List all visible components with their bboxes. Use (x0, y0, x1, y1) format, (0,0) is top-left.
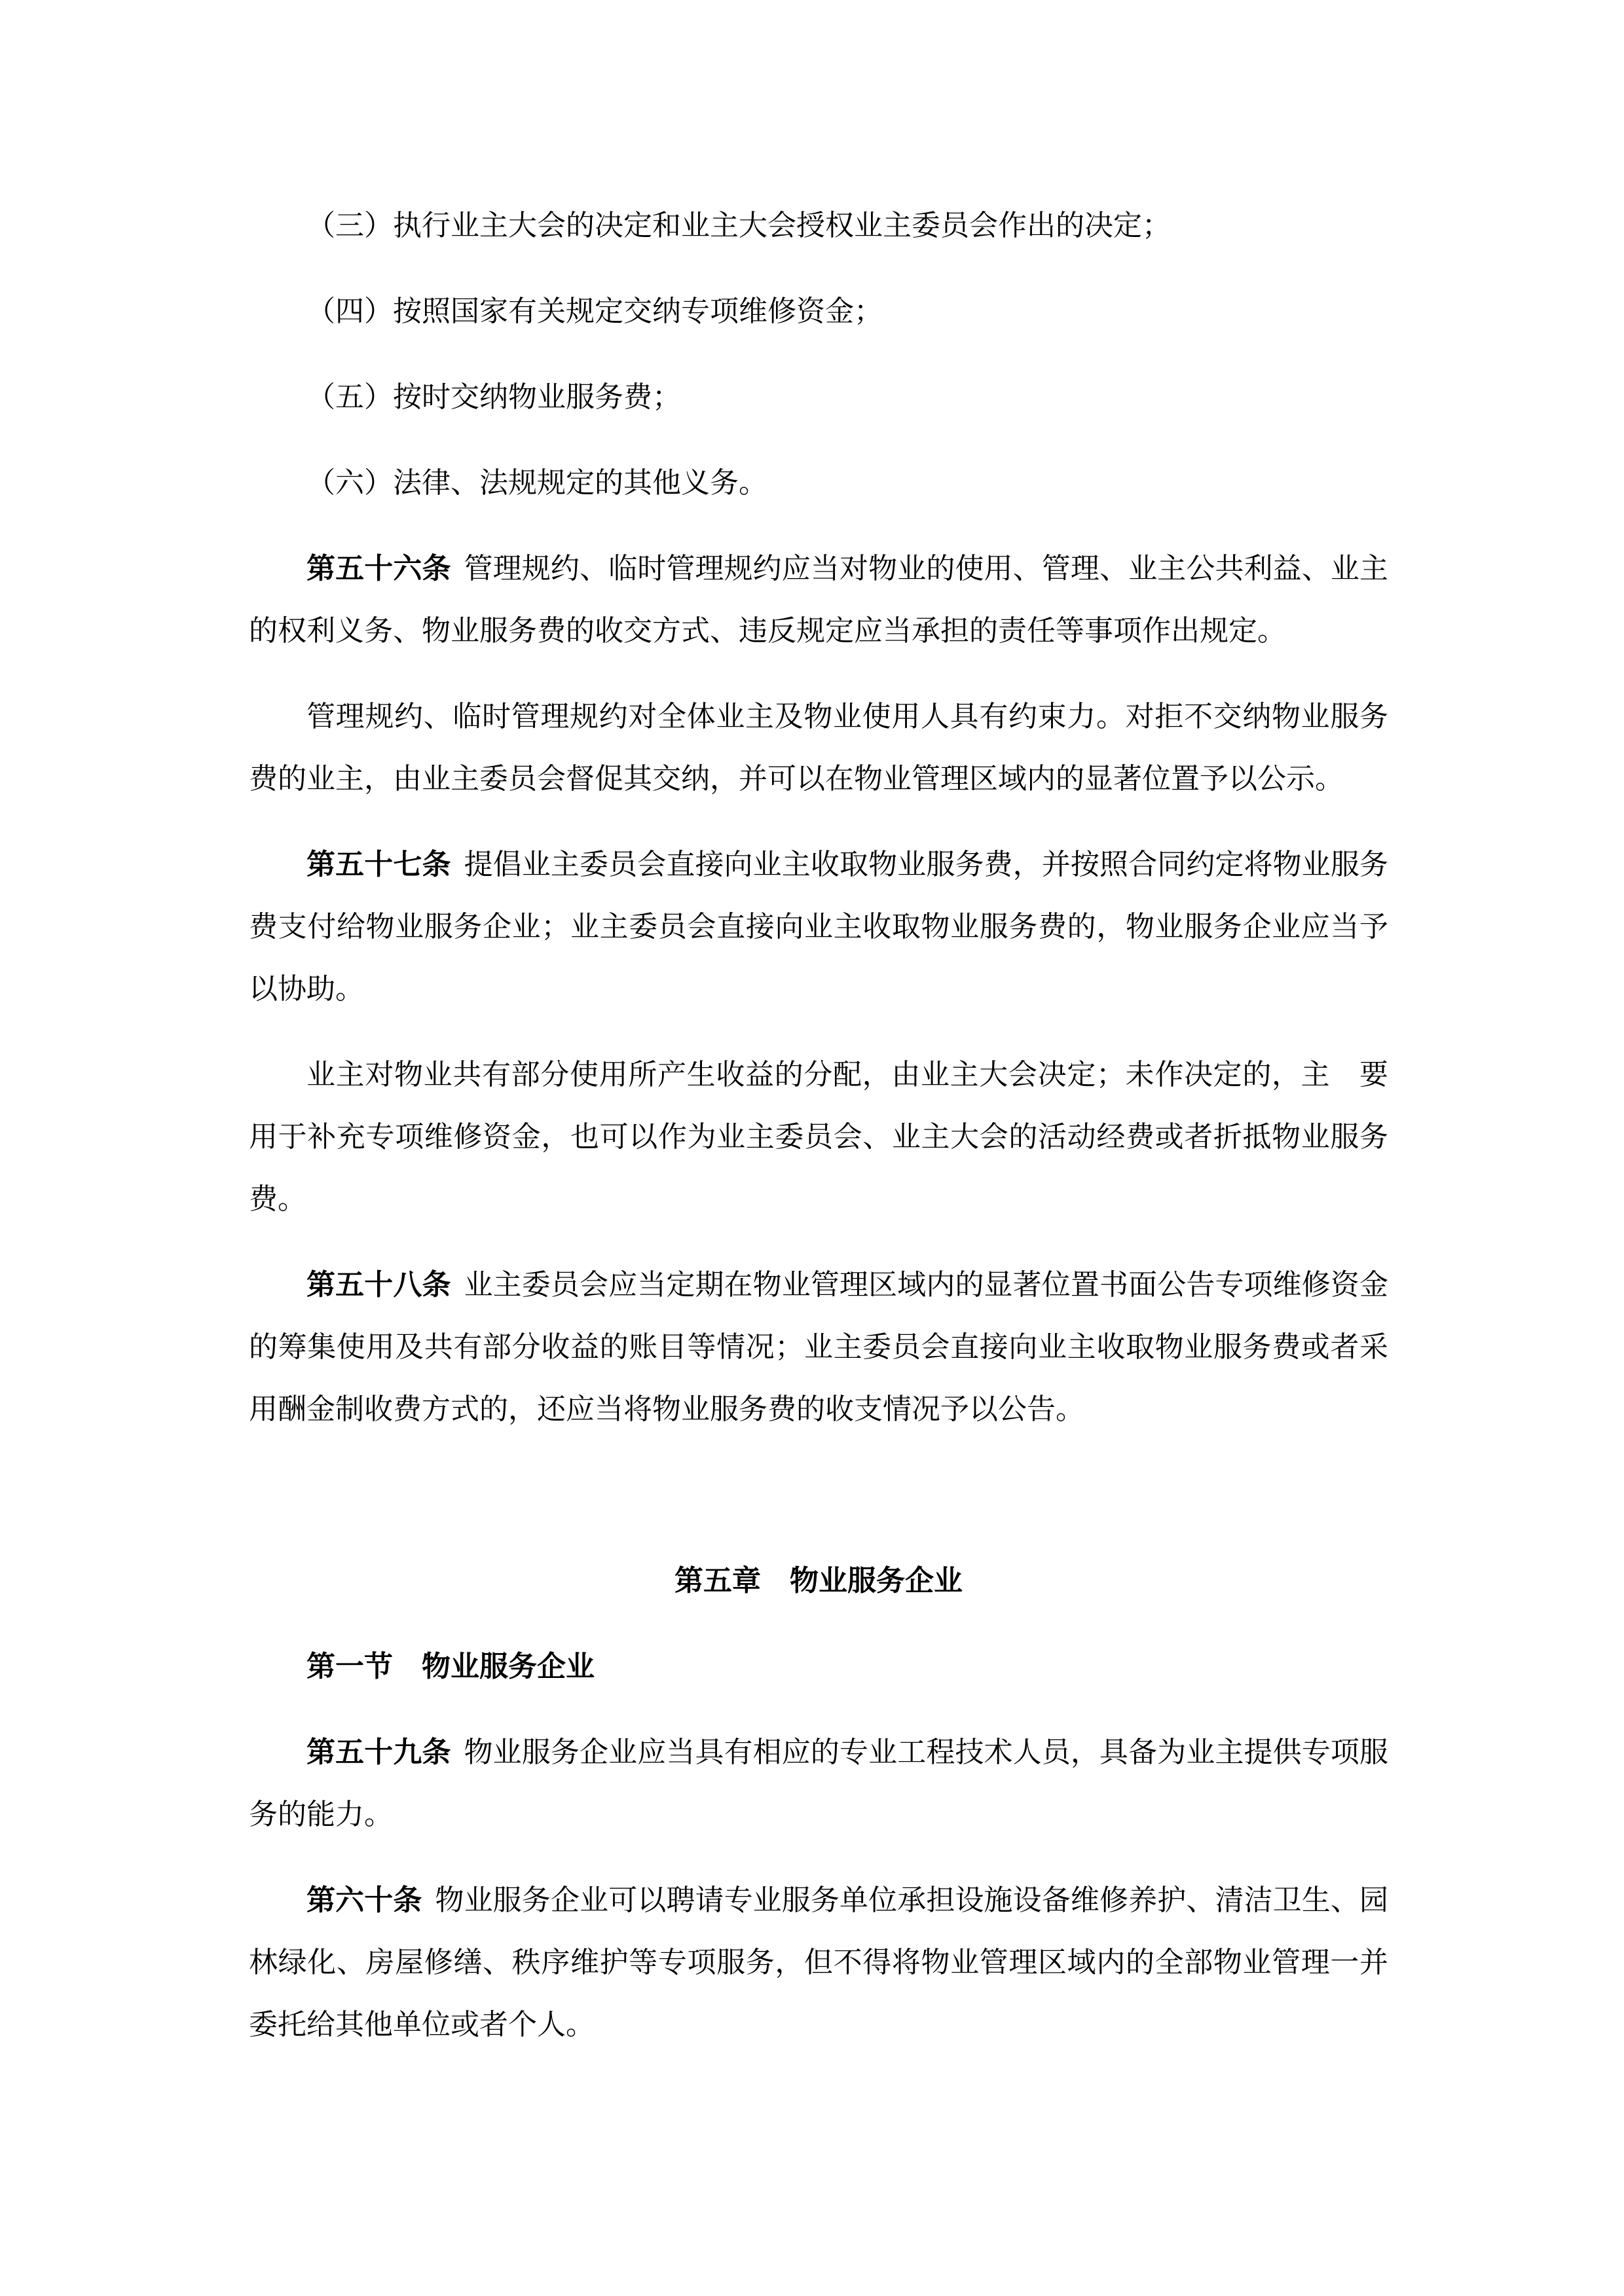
document-page: （三）执行业主大会的决定和业主大会授权业主委员会作出的决定； （四）按照国家有关… (0, 0, 1624, 2296)
clause-item-5: （五）按时交纳物业服务费； (249, 366, 1388, 428)
paragraph-article-57-clause-2: 业主对物业共有部分使用所产生收益的分配，由业主大会决定；未作决定的，主 要用于补… (249, 1044, 1388, 1230)
article-56-number: 第五十六条 (306, 553, 451, 585)
article-57-number: 第五十七条 (306, 848, 451, 881)
paragraph-article-56: 第五十六条管理规约、临时管理规约应当对物业的使用、管理、业主公共利益、业主的权利… (249, 538, 1388, 662)
paragraph-article-58: 第五十八条业主委员会应当定期在物业管理区域内的显著位置书面公告专项维修资金的筹集… (249, 1254, 1388, 1440)
paragraph-article-59: 第五十九条物业服务企业应当具有相应的专业工程技术人员，具备为业主提供专项服务的能… (249, 1721, 1388, 1846)
paragraph-article-56-clause-2: 管理规约、临时管理规约对全体业主及物业使用人具有约束力。对拒不交纳物业服务费的业… (249, 685, 1388, 810)
article-58-number: 第五十八条 (306, 1269, 451, 1301)
paragraph-article-60: 第六十条物业服务企业可以聘请专业服务单位承担设施设备维修养护、清洁卫生、园林绿化… (249, 1869, 1388, 2056)
chapter-5-heading: 第五章 物业服务企业 (249, 1550, 1388, 1612)
paragraph-article-57: 第五十七条提倡业主委员会直接向业主收取物业服务费，并按照合同约定将物业服务费支付… (249, 833, 1388, 1020)
clause-item-4: （四）按照国家有关规定交纳专项维修资金； (249, 280, 1388, 342)
article-60-number: 第六十条 (306, 1884, 422, 1916)
section-1-heading: 第一节 物业服务企业 (249, 1635, 1388, 1698)
clause-item-6: （六）法律、法规规定的其他义务。 (249, 452, 1388, 514)
clause-item-3: （三）执行业主大会的决定和业主大会授权业主委员会作出的决定； (249, 194, 1388, 257)
article-59-number: 第五十九条 (306, 1736, 451, 1768)
